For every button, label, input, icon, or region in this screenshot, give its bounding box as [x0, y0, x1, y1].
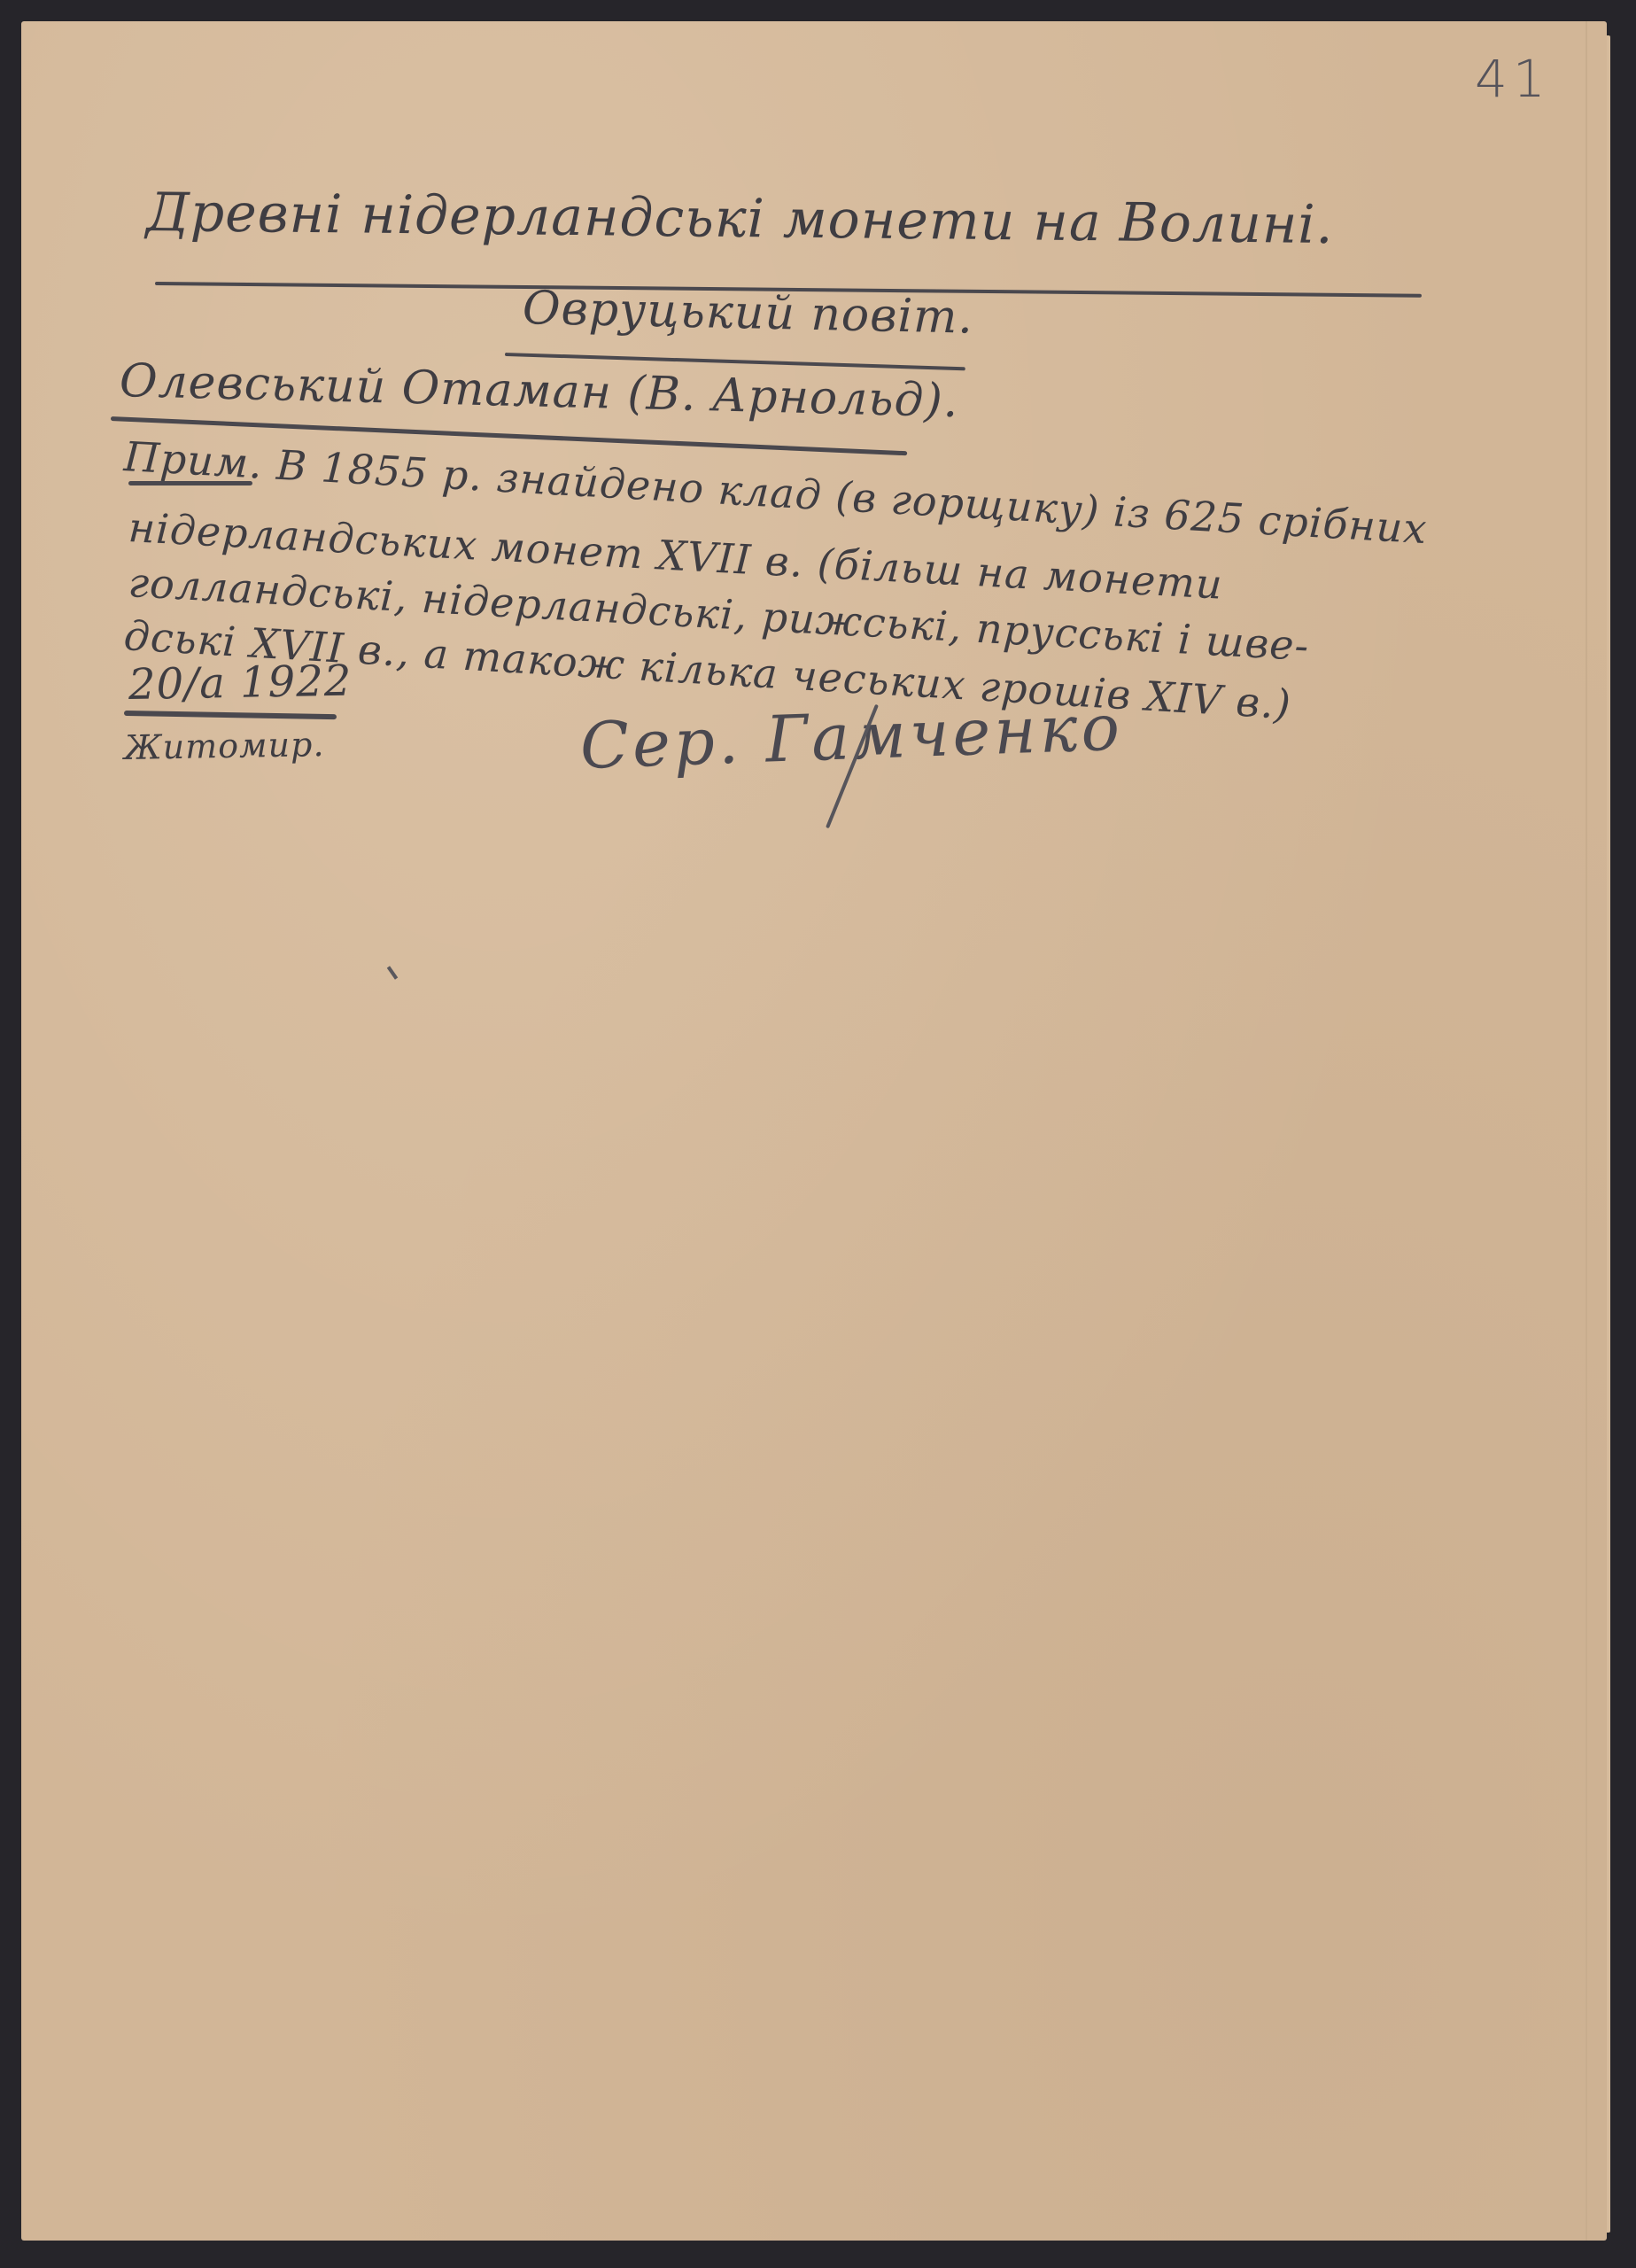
- note-label-underline: [128, 481, 252, 485]
- document-page: [21, 21, 1607, 2241]
- document-place: Житомир.: [124, 725, 325, 767]
- district-subtitle: Овруцький повіт.: [522, 282, 973, 345]
- document-date: 20/а 1922: [128, 656, 353, 710]
- document-title: Древні нідерландські монети на Волині.: [146, 182, 1334, 256]
- folio-number: 41: [1475, 49, 1551, 109]
- page-edge-shadow: [1586, 21, 1587, 2241]
